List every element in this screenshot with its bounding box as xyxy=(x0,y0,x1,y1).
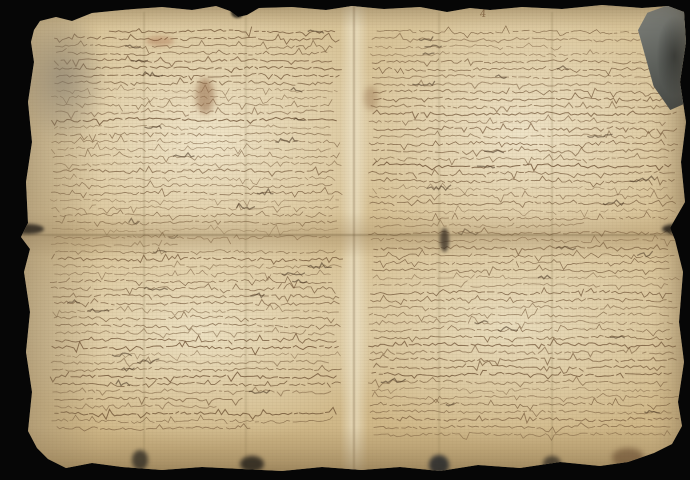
edge-vignette xyxy=(0,0,690,480)
manuscript-sheet: 4 xyxy=(0,0,690,480)
scan-stage: 4 xyxy=(0,0,690,480)
